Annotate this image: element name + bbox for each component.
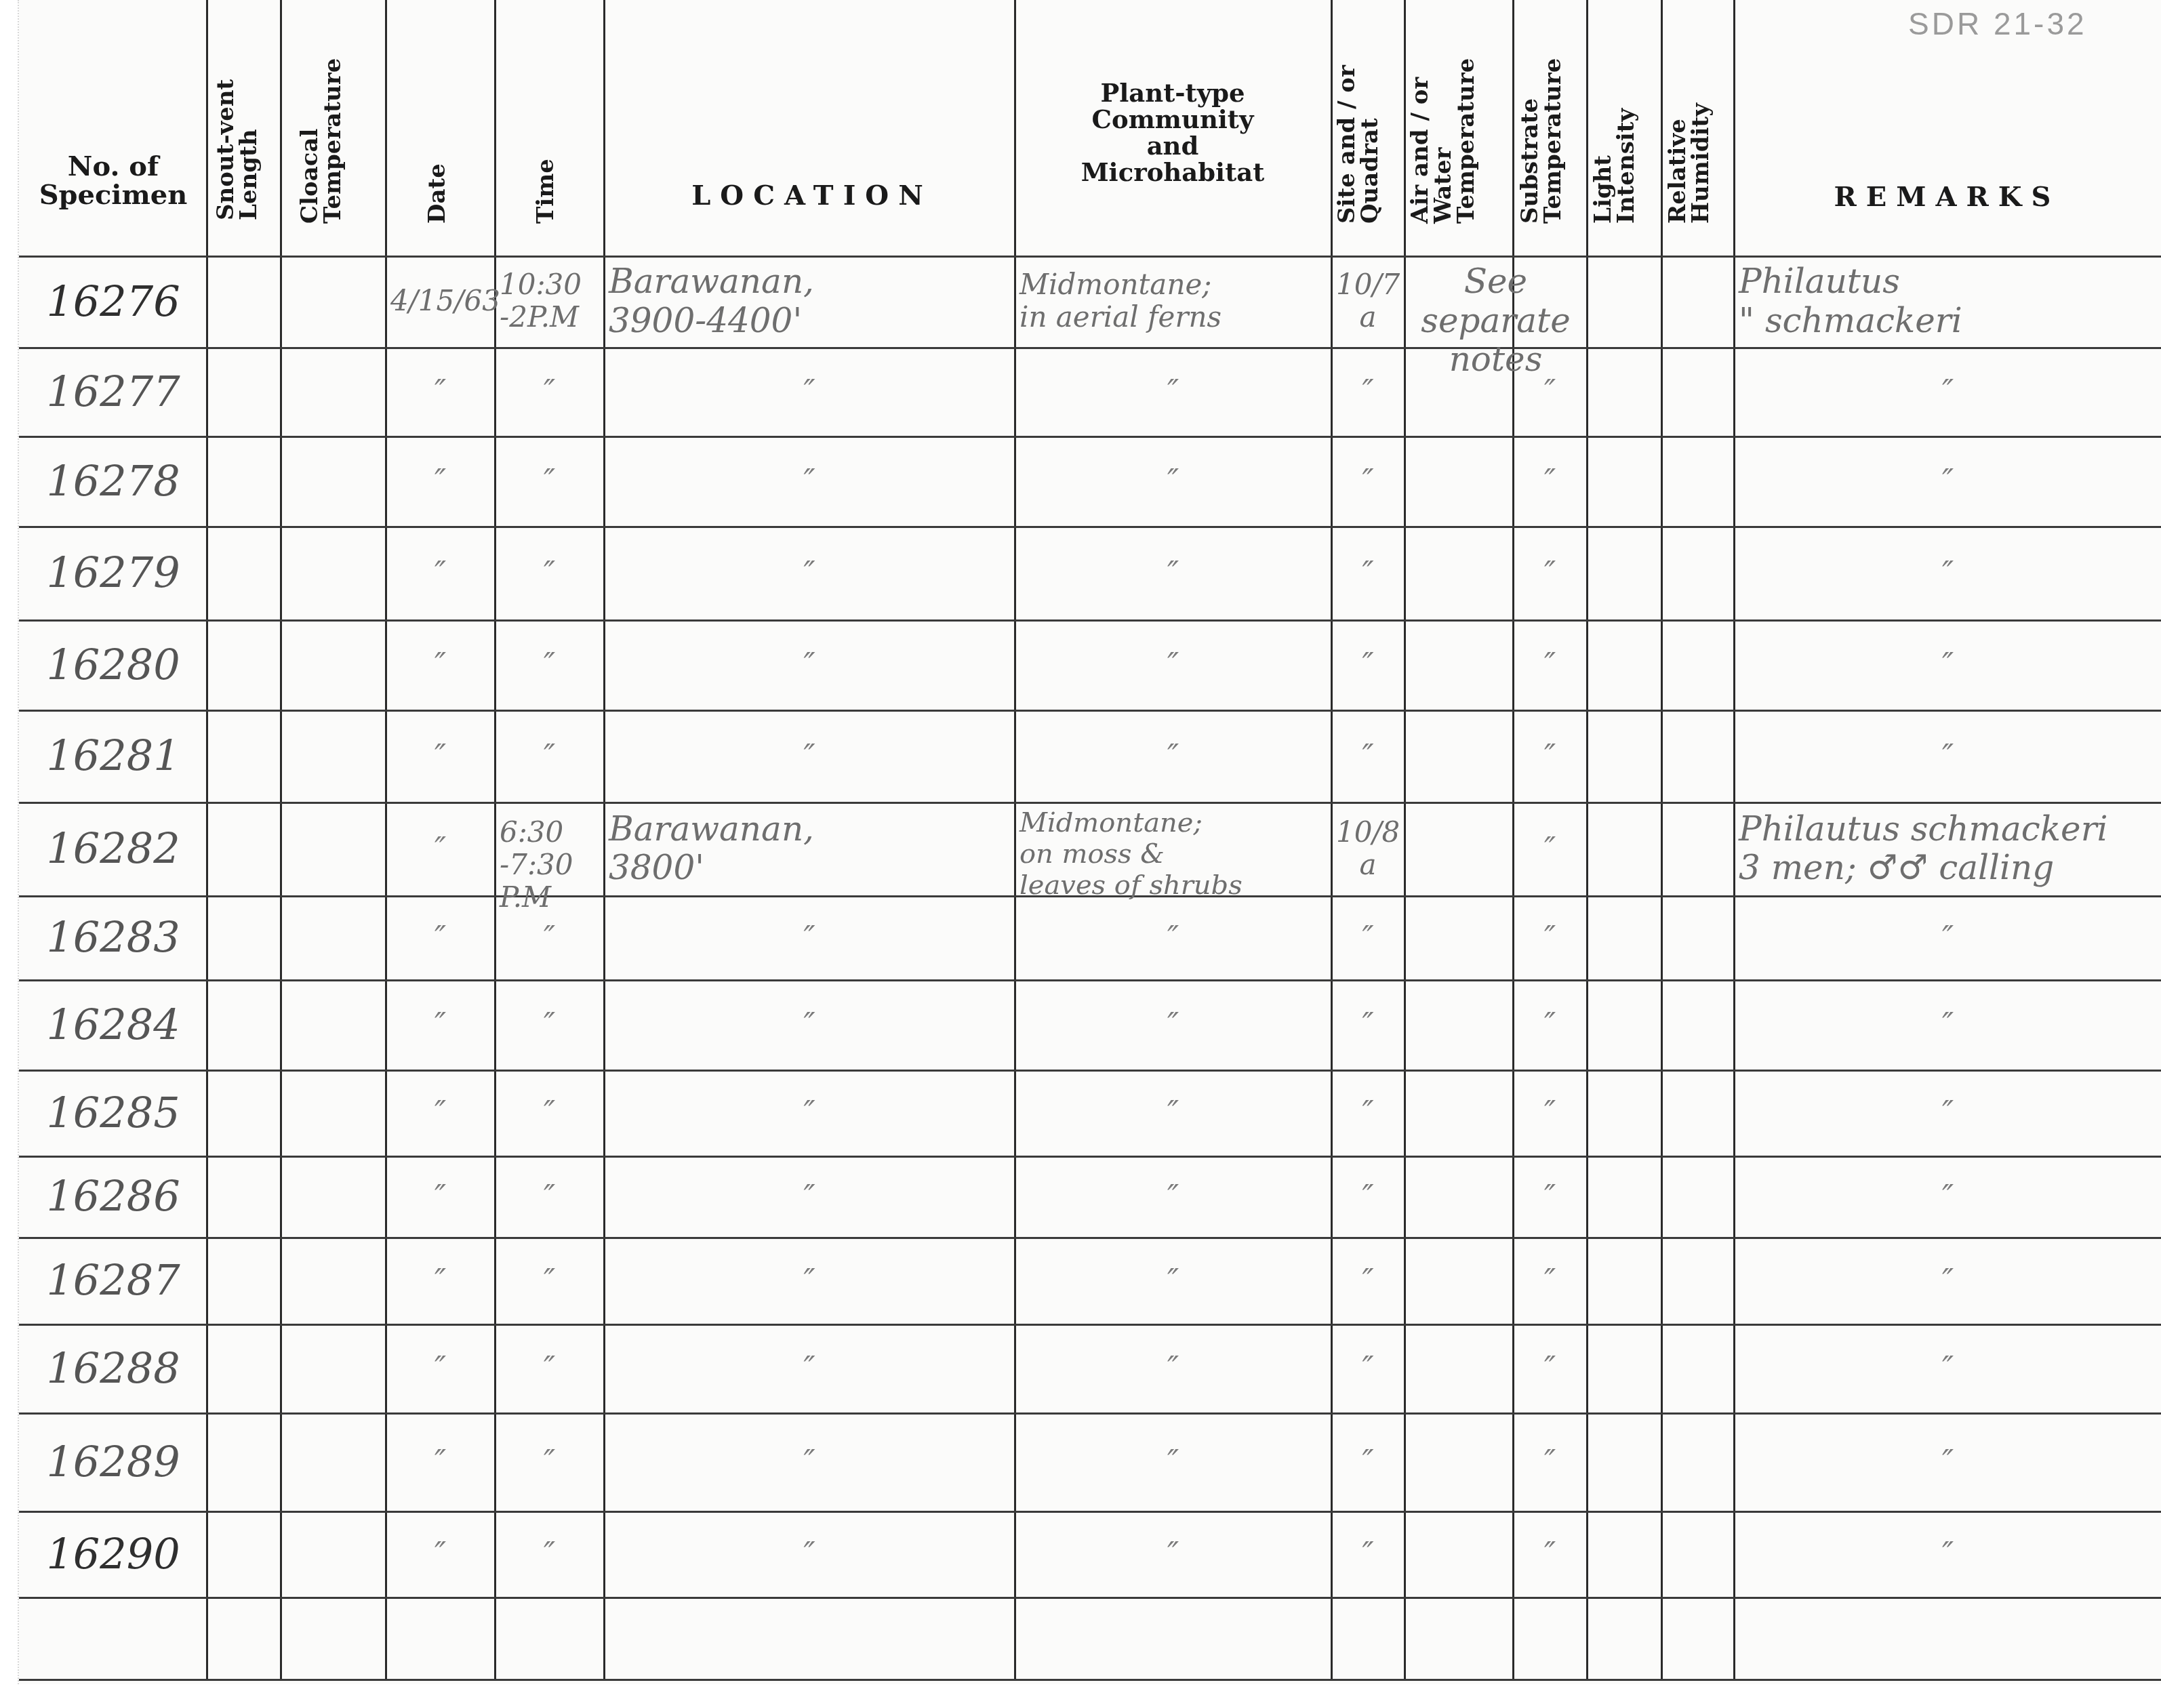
specimen-number: 16276	[24, 277, 202, 325]
specimen-number: 16284	[24, 1000, 202, 1049]
header-site-quadrat: Site and / or Quadrat	[1335, 34, 1381, 224]
time-cell: 6:30 -7:30 P.M	[500, 816, 599, 914]
time-cell: ″	[500, 373, 599, 409]
remarks-cell: ″	[1739, 463, 2157, 499]
remarks-cell: ″	[1739, 1536, 2157, 1572]
column-divider	[385, 0, 387, 1681]
row-divider	[19, 436, 2161, 438]
field-data-sheet: SDR 21-32 No. of Specimen Snout-vent Len…	[0, 0, 2161, 1708]
remarks-cell: Philautus schmackeri 3 men; ♂♂ calling	[1739, 810, 2157, 888]
substrate-cell: ″	[1518, 1350, 1582, 1386]
column-divider	[603, 0, 605, 1681]
column-divider	[1586, 0, 1588, 1681]
location-cell: Barawanan, 3900-4400'	[609, 262, 1010, 340]
substrate-cell: ″	[1518, 1444, 1582, 1480]
time-cell: ″	[500, 1536, 599, 1572]
substrate-cell: ″	[1518, 1536, 1582, 1572]
specimen-number: 16289	[24, 1438, 202, 1486]
row-divider	[19, 1070, 2161, 1072]
location-cell: ″	[609, 1536, 1010, 1572]
location-cell: ″	[609, 373, 1010, 409]
remarks-cell: ″	[1739, 1350, 2157, 1386]
row-divider	[19, 710, 2161, 712]
plant-type-cell: ″	[1019, 920, 1327, 956]
site-quadrat-cell: ″	[1336, 1536, 1400, 1572]
plant-type-cell: ″	[1019, 1444, 1327, 1480]
time-cell: ″	[500, 738, 599, 774]
time-cell: ″	[500, 920, 599, 956]
time-cell: ″	[500, 555, 599, 591]
row-divider	[19, 1412, 2161, 1415]
header-remarks: REMARKS	[1733, 183, 2161, 211]
site-quadrat-cell: ″	[1336, 1095, 1400, 1131]
plant-type-cell: ″	[1019, 1263, 1327, 1299]
remarks-cell: ″	[1739, 1444, 2157, 1480]
column-divider	[1014, 0, 1016, 1681]
row-divider	[19, 256, 2161, 258]
site-quadrat-cell: ″	[1336, 920, 1400, 956]
date-cell: ″	[390, 463, 490, 499]
site-quadrat-cell: ″	[1336, 555, 1400, 591]
location-cell: ″	[609, 463, 1010, 499]
time-cell: ″	[500, 1263, 599, 1299]
specimen-number: 16279	[24, 548, 202, 596]
substrate-cell: ″	[1518, 1179, 1582, 1215]
date-cell: ″	[390, 738, 490, 774]
time-cell: 10:30 -2P.M	[500, 268, 599, 334]
site-quadrat-cell: 10/8 a	[1336, 816, 1400, 882]
remarks-cell: ″	[1739, 1263, 2157, 1299]
row-divider	[19, 347, 2161, 349]
location-cell: ″	[609, 1263, 1010, 1299]
specimen-number: 16281	[24, 731, 202, 779]
header-cloacal: Cloacal Temperature	[298, 41, 344, 224]
header-specimen: No. of Specimen	[20, 152, 206, 209]
time-cell: ″	[500, 463, 599, 499]
time-cell: ″	[500, 1095, 599, 1131]
time-cell: ″	[500, 647, 599, 683]
header-time: Time	[534, 156, 557, 224]
time-cell: ″	[500, 1006, 599, 1042]
paper-left-edge	[0, 0, 19, 1708]
column-divider	[206, 0, 208, 1681]
row-divider	[19, 1237, 2161, 1239]
substrate-cell: ″	[1518, 373, 1582, 409]
location-cell: ″	[609, 1006, 1010, 1042]
column-divider	[280, 0, 282, 1681]
remarks-cell: ″	[1739, 647, 2157, 683]
location-cell: ″	[609, 1179, 1010, 1215]
row-divider	[19, 802, 2161, 804]
site-quadrat-cell: ″	[1336, 373, 1400, 409]
plant-type-cell: ″	[1019, 1350, 1327, 1386]
plant-type-cell: ″	[1019, 1095, 1327, 1131]
header-snout-vent: Snout-vent Length	[214, 41, 260, 220]
plant-type-cell: ″	[1019, 1536, 1327, 1572]
plant-type-cell: ″	[1019, 463, 1327, 499]
plant-type-cell: Midmontane; in aerial ferns	[1019, 268, 1327, 334]
date-cell: ″	[390, 1179, 490, 1215]
plant-type-cell: ″	[1019, 555, 1327, 591]
row-divider	[19, 619, 2161, 622]
time-cell: ″	[500, 1350, 599, 1386]
air-water-cell: See separate notes	[1409, 262, 1582, 380]
remarks-cell: ″	[1739, 738, 2157, 774]
row-divider	[19, 1156, 2161, 1158]
plant-type-cell: ″	[1019, 1179, 1327, 1215]
row-divider	[19, 979, 2161, 981]
date-cell: ″	[390, 1350, 490, 1386]
substrate-cell: ″	[1518, 555, 1582, 591]
specimen-number: 16287	[24, 1256, 202, 1304]
remarks-cell: Philautus " schmackeri	[1739, 262, 2157, 340]
date-cell: ″	[390, 1263, 490, 1299]
plant-type-cell: Midmontane; on moss & leaves of shrubs	[1019, 807, 1327, 901]
plant-type-cell: ″	[1019, 373, 1327, 409]
header-humidity: Relative Humidity	[1666, 34, 1712, 224]
site-quadrat-cell: ″	[1336, 1444, 1400, 1480]
site-quadrat-cell: ″	[1336, 1350, 1400, 1386]
row-divider	[19, 526, 2161, 528]
row-divider	[19, 1511, 2161, 1513]
date-cell: ″	[390, 1006, 490, 1042]
column-divider	[1404, 0, 1406, 1681]
location-cell: ″	[609, 1095, 1010, 1131]
location-cell: ″	[609, 920, 1010, 956]
location-cell: ″	[609, 555, 1010, 591]
site-quadrat-cell: ″	[1336, 1006, 1400, 1042]
plant-type-cell: ″	[1019, 647, 1327, 683]
location-cell: ″	[609, 738, 1010, 774]
substrate-cell: ″	[1518, 831, 1582, 867]
date-cell: ″	[390, 555, 490, 591]
substrate-cell: ″	[1518, 1263, 1582, 1299]
header-air-water: Air and / or Water Temperature	[1409, 34, 1478, 224]
location-cell: Barawanan, 3800'	[609, 810, 1010, 888]
location-cell: ″	[609, 647, 1010, 683]
site-quadrat-cell: ″	[1336, 1179, 1400, 1215]
row-divider	[19, 1324, 2161, 1326]
substrate-cell: ″	[1518, 738, 1582, 774]
specimen-number: 16282	[24, 824, 202, 872]
column-divider	[1661, 0, 1663, 1681]
remarks-cell: ″	[1739, 920, 2157, 956]
date-cell: 4/15/63	[390, 285, 490, 317]
date-cell: ″	[390, 647, 490, 683]
column-divider	[494, 0, 496, 1681]
plant-type-cell: ″	[1019, 1006, 1327, 1042]
location-cell: ″	[609, 1444, 1010, 1480]
specimen-number: 16285	[24, 1089, 202, 1137]
specimen-number: 16278	[24, 457, 202, 505]
specimen-number: 16280	[24, 640, 202, 689]
date-cell: ″	[390, 373, 490, 409]
specimen-number: 16288	[24, 1344, 202, 1392]
site-quadrat-cell: ″	[1336, 647, 1400, 683]
location-cell: ″	[609, 1350, 1010, 1386]
site-quadrat-cell: ″	[1336, 463, 1400, 499]
remarks-cell: ″	[1739, 1095, 2157, 1131]
remarks-cell: ″	[1739, 373, 2157, 409]
date-cell: ″	[390, 1095, 490, 1131]
date-cell: ″	[390, 1536, 490, 1572]
remarks-cell: ″	[1739, 1006, 2157, 1042]
time-cell: ″	[500, 1179, 599, 1215]
column-divider	[1512, 0, 1514, 1681]
header-plant-type: Plant-type Community and Microhabitat	[1017, 80, 1329, 185]
header-location: LOCATION	[610, 182, 1014, 210]
header-substrate: Substrate Temperature	[1518, 34, 1564, 224]
time-cell: ″	[500, 1444, 599, 1480]
date-cell: ″	[390, 920, 490, 956]
row-divider	[19, 1679, 2161, 1681]
reference-code: SDR 21-32	[1908, 5, 2087, 42]
date-cell: ″	[390, 1444, 490, 1480]
substrate-cell: ″	[1518, 920, 1582, 956]
substrate-cell: ″	[1518, 463, 1582, 499]
specimen-number: 16283	[24, 913, 202, 961]
remarks-cell: ″	[1739, 1179, 2157, 1215]
header-light: Light Intensity	[1592, 34, 1638, 224]
site-quadrat-cell: ″	[1336, 738, 1400, 774]
specimen-number: 16277	[24, 367, 202, 415]
substrate-cell: ″	[1518, 1095, 1582, 1131]
header-date: Date	[426, 156, 449, 224]
plant-type-cell: ″	[1019, 738, 1327, 774]
substrate-cell: ″	[1518, 647, 1582, 683]
column-divider	[1733, 0, 1735, 1681]
substrate-cell: ″	[1518, 1006, 1582, 1042]
site-quadrat-cell: 10/7 a	[1336, 268, 1400, 334]
paper-bottom-edge	[0, 1684, 2161, 1708]
specimen-number: 16286	[24, 1172, 202, 1220]
date-cell: ″	[390, 831, 490, 867]
row-divider	[19, 1597, 2161, 1599]
specimen-number: 16290	[24, 1530, 202, 1578]
remarks-cell: ″	[1739, 555, 2157, 591]
column-divider	[1331, 0, 1333, 1681]
site-quadrat-cell: ″	[1336, 1263, 1400, 1299]
